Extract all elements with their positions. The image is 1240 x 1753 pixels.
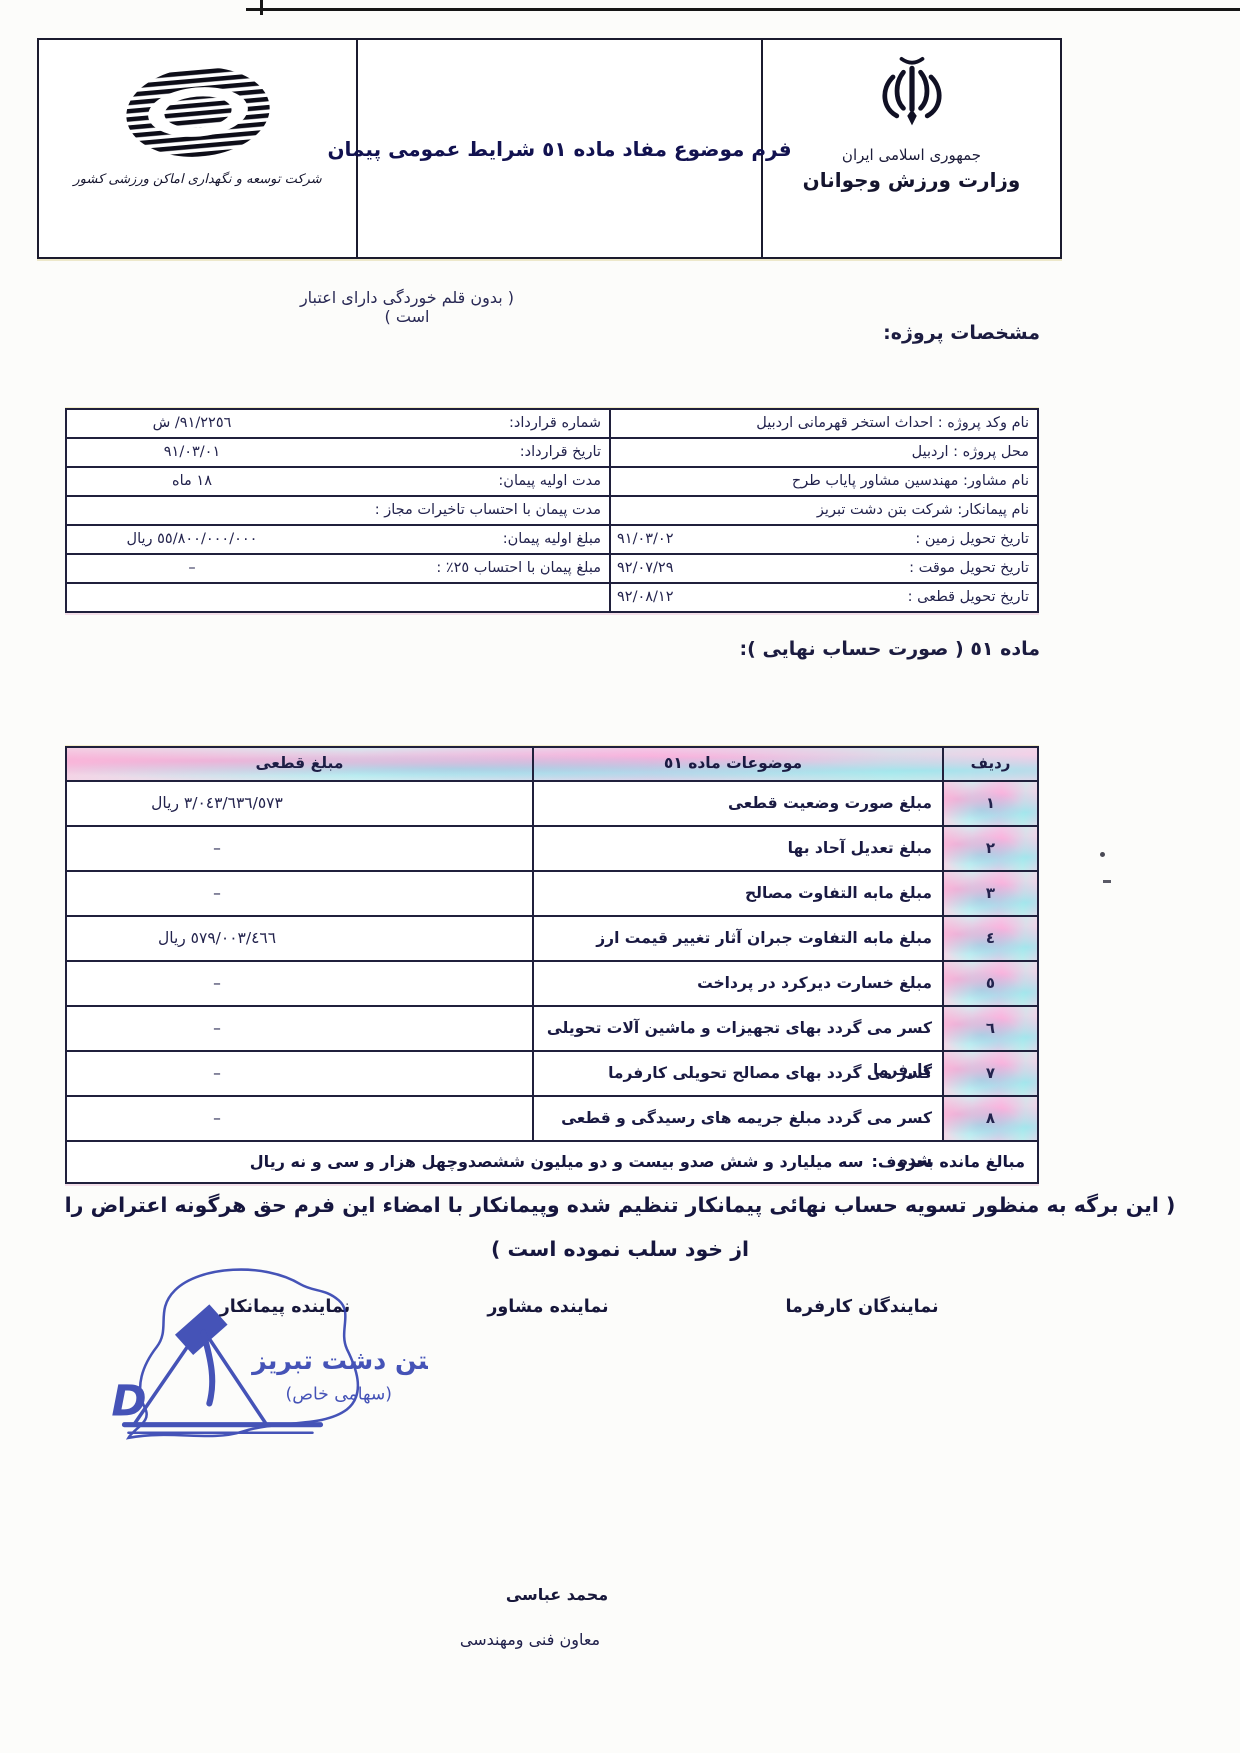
stamp-company-type: (سهامی خاص) — [285, 1384, 392, 1404]
field-value: ٥٥/٨٠٠/٠٠٠/٠٠٠ ریال — [67, 526, 317, 553]
company-logo-icon — [119, 62, 277, 162]
form-title: فرم موضوع مفاد ماده ٥١ شرایط عمومی پیمان — [327, 137, 791, 161]
stamp-company-name: بتن دشت تبریز — [250, 1346, 428, 1376]
amount-cell: ٣/٠٤٣/٦٣٦/٥٧٣ ریال — [67, 782, 532, 825]
table-row: ٣ مبلغ مابه التفاوت مصالح – — [67, 872, 1037, 917]
table-row: نام وکد پروژه : احداث استخر قهرمانی اردب… — [67, 410, 1037, 439]
table-row: ٨ کسر می گردد مبلغ جریمه های رسیدگی و قط… — [67, 1097, 1037, 1142]
field-label: نام پیمانکار: شرکت بتن دشت تبریز — [817, 497, 1029, 524]
row-number: ٤ — [942, 917, 1037, 960]
subject-cell: کسر می گردد بهای تجهیزات و ماشین آلات تح… — [532, 1007, 942, 1050]
field-label: مبلغ پیمان با احتساب ٢٥٪ : — [436, 555, 601, 582]
subject-cell: مبلغ مابه التفاوت جبران آثار تغییر قیمت … — [532, 917, 942, 960]
subject-cell: کسر می گردد بهای مصالح تحویلی کارفرما — [532, 1052, 942, 1095]
scan-noise-dot — [1100, 852, 1105, 857]
table-row: ٢ مبلغ تعدیل آحاد بها – — [67, 827, 1037, 872]
row-number: ٣ — [942, 872, 1037, 915]
scan-edge-line — [246, 8, 1240, 11]
subject-cell: مبلغ خسارت دیرکرد در پرداخت — [532, 962, 942, 1005]
subject-cell: کسر می گردد مبلغ جریمه های رسیدگی و قطعی… — [532, 1097, 942, 1140]
signature-label-employer: نمایندگان کارفرما — [767, 1297, 957, 1317]
amount-cell: – — [67, 827, 532, 870]
remaining-amount-label: مبالغ مانده بحروف: — [871, 1142, 1025, 1182]
field-label: مدت پیمان با احتساب تاخیرات مجاز : — [375, 497, 601, 524]
ministry-name: وزارت ورزش وجوانان — [803, 168, 1021, 192]
field-label: محل پروژه : اردبیل — [912, 439, 1029, 466]
form-header: جمهوری اسلامی ایران وزارت ورزش وجوانان ف… — [37, 38, 1062, 259]
field-label: تاریخ تحویل زمین : — [915, 526, 1029, 553]
table-row: ٦ کسر می گردد بهای تجهیزات و ماشین آلات … — [67, 1007, 1037, 1052]
field-value — [67, 497, 317, 524]
header-logo-cell: شرکت توسعه و نگهداری اماکن ورزشی کشور — [39, 40, 356, 257]
field-value: ٩١/٠٣/٠٢ — [617, 526, 674, 553]
company-logo-caption: شرکت توسعه و نگهداری اماکن ورزشی کشور — [73, 172, 321, 187]
validity-note: ( بدون قلم خوردگی دارای اعتبار است ) — [282, 288, 532, 326]
amount-cell: – — [67, 1007, 532, 1050]
table-row: ٤ مبلغ مابه التفاوت جبران آثار تغییر قیم… — [67, 917, 1037, 962]
column-header-amount: مبلغ قطعی — [67, 748, 532, 780]
field-value: ٩١/٠٣/٠١ — [67, 439, 317, 466]
table-row: تاریخ تحویل زمین :٩١/٠٣/٠٢ مبلغ اولیه پی… — [67, 526, 1037, 555]
field-label: نام وکد پروژه : احداث استخر قهرمانی اردب… — [756, 410, 1029, 437]
field-value: – — [67, 555, 317, 582]
table-row: محل پروژه : اردبیل تاریخ قرارداد:٩١/٠٣/٠… — [67, 439, 1037, 468]
row-number: ١ — [942, 782, 1037, 825]
field-label: تاریخ تحویل قطعی : — [908, 584, 1029, 611]
disclaimer-paragraph: ( این برگه به منظور تسویه حساب نهائی پیم… — [55, 1183, 1185, 1271]
subject-cell: مبلغ تعدیل آحاد بها — [532, 827, 942, 870]
scanned-form-page: جمهوری اسلامی ایران وزارت ورزش وجوانان ف… — [0, 0, 1240, 1753]
row-number: ٧ — [942, 1052, 1037, 1095]
table-row: ٥ مبلغ خسارت دیرکرد در پرداخت – — [67, 962, 1037, 1007]
project-spec-table: نام وکد پروژه : احداث استخر قهرمانی اردب… — [65, 408, 1039, 613]
field-label: مبلغ اولیه پیمان: — [503, 526, 601, 553]
field-label: شماره قرارداد: — [509, 410, 601, 437]
field-label: نام مشاور: مهندسین مشاور پایاب طرح — [792, 468, 1029, 495]
header-ministry-cell: جمهوری اسلامی ایران وزارت ورزش وجوانان — [761, 40, 1060, 257]
scan-noise-dot — [1103, 880, 1111, 883]
row-number: ٨ — [942, 1097, 1037, 1140]
field-label: مدت اولیه پیمان: — [498, 468, 601, 495]
signature-label-consultant: نماینده مشاور — [453, 1297, 643, 1317]
table-row: نام مشاور: مهندسین مشاور پایاب طرح مدت ا… — [67, 468, 1037, 497]
column-header-subject: موضوعات ماده ٥١ — [532, 748, 942, 780]
table-row: نام پیمانکار: شرکت بتن دشت تبریز مدت پیم… — [67, 497, 1037, 526]
table-row: تاریخ تحویل موقت :٩٢/٠٧/٢٩ مبلغ پیمان با… — [67, 555, 1037, 584]
remaining-amount-row: مبالغ مانده بحروف: سه میلیارد و شش صدو ب… — [67, 1142, 1037, 1182]
table-header-row: ردیف موضوعات ماده ٥١ مبلغ قطعی — [67, 748, 1037, 782]
remaining-amount-words: سه میلیارد و شش صدو بیست و دو میلیون ششص… — [250, 1142, 864, 1182]
approver-name: محمد عباسی — [467, 1585, 647, 1604]
disclaimer-line: ( این برگه به منظور تسویه حساب نهائی پیم… — [55, 1183, 1185, 1227]
field-value — [67, 584, 317, 611]
subject-cell: مبلغ صورت وضعیت قطعی — [532, 782, 942, 825]
table-row: تاریخ تحویل قطعی :٩٢/٠٨/١٢ — [67, 584, 1037, 611]
field-value: ١٨ ماه — [67, 468, 317, 495]
scan-tick-mark — [260, 0, 263, 15]
amount-cell: – — [67, 1052, 532, 1095]
row-number: ٢ — [942, 827, 1037, 870]
field-value: ٩١/٢٢٥٦/ ش — [67, 410, 317, 437]
amount-cell: – — [67, 872, 532, 915]
amount-cell: – — [67, 1097, 532, 1140]
approver-role: معاون فنی ومهندسی — [425, 1630, 635, 1649]
contractor-stamp: BD بتن دشت تبریز (سهامی خاص) — [112, 1268, 428, 1452]
field-label: تاریخ تحویل موقت : — [909, 555, 1029, 582]
header-title-cell: فرم موضوع مفاد ماده ٥١ شرایط عمومی پیمان — [356, 40, 761, 257]
column-header-row-number: ردیف — [942, 748, 1037, 780]
table-row: ٧ کسر می گردد بهای مصالح تحویلی کارفرما … — [67, 1052, 1037, 1097]
amount-cell: ٥٧٩/٠٠٣/٤٦٦ ریال — [67, 917, 532, 960]
row-number: ٦ — [942, 1007, 1037, 1050]
disclaimer-line: از خود سلب نموده است ) — [55, 1227, 1185, 1271]
stamp-initials: BD — [112, 1378, 147, 1427]
article51-section-title: ماده ٥١ ( صورت حساب نهایی ): — [740, 638, 1040, 660]
amount-cell: – — [67, 962, 532, 1005]
project-section-title: مشخصات پروژه: — [883, 322, 1040, 344]
row-number: ٥ — [942, 962, 1037, 1005]
field-value: ٩٢/٠٨/١٢ — [617, 584, 674, 611]
field-value: ٩٢/٠٧/٢٩ — [617, 555, 674, 582]
table-row: ١ مبلغ صورت وضعیت قطعی ٣/٠٤٣/٦٣٦/٥٧٣ ریا… — [67, 782, 1037, 827]
iran-emblem-icon — [874, 52, 950, 138]
field-label: تاریخ قرارداد: — [520, 439, 601, 466]
article51-table: ردیف موضوعات ماده ٥١ مبلغ قطعی ١ مبلغ صو… — [65, 746, 1039, 1184]
subject-cell: مبلغ مابه التفاوت مصالح — [532, 872, 942, 915]
government-name: جمهوری اسلامی ایران — [842, 146, 981, 164]
